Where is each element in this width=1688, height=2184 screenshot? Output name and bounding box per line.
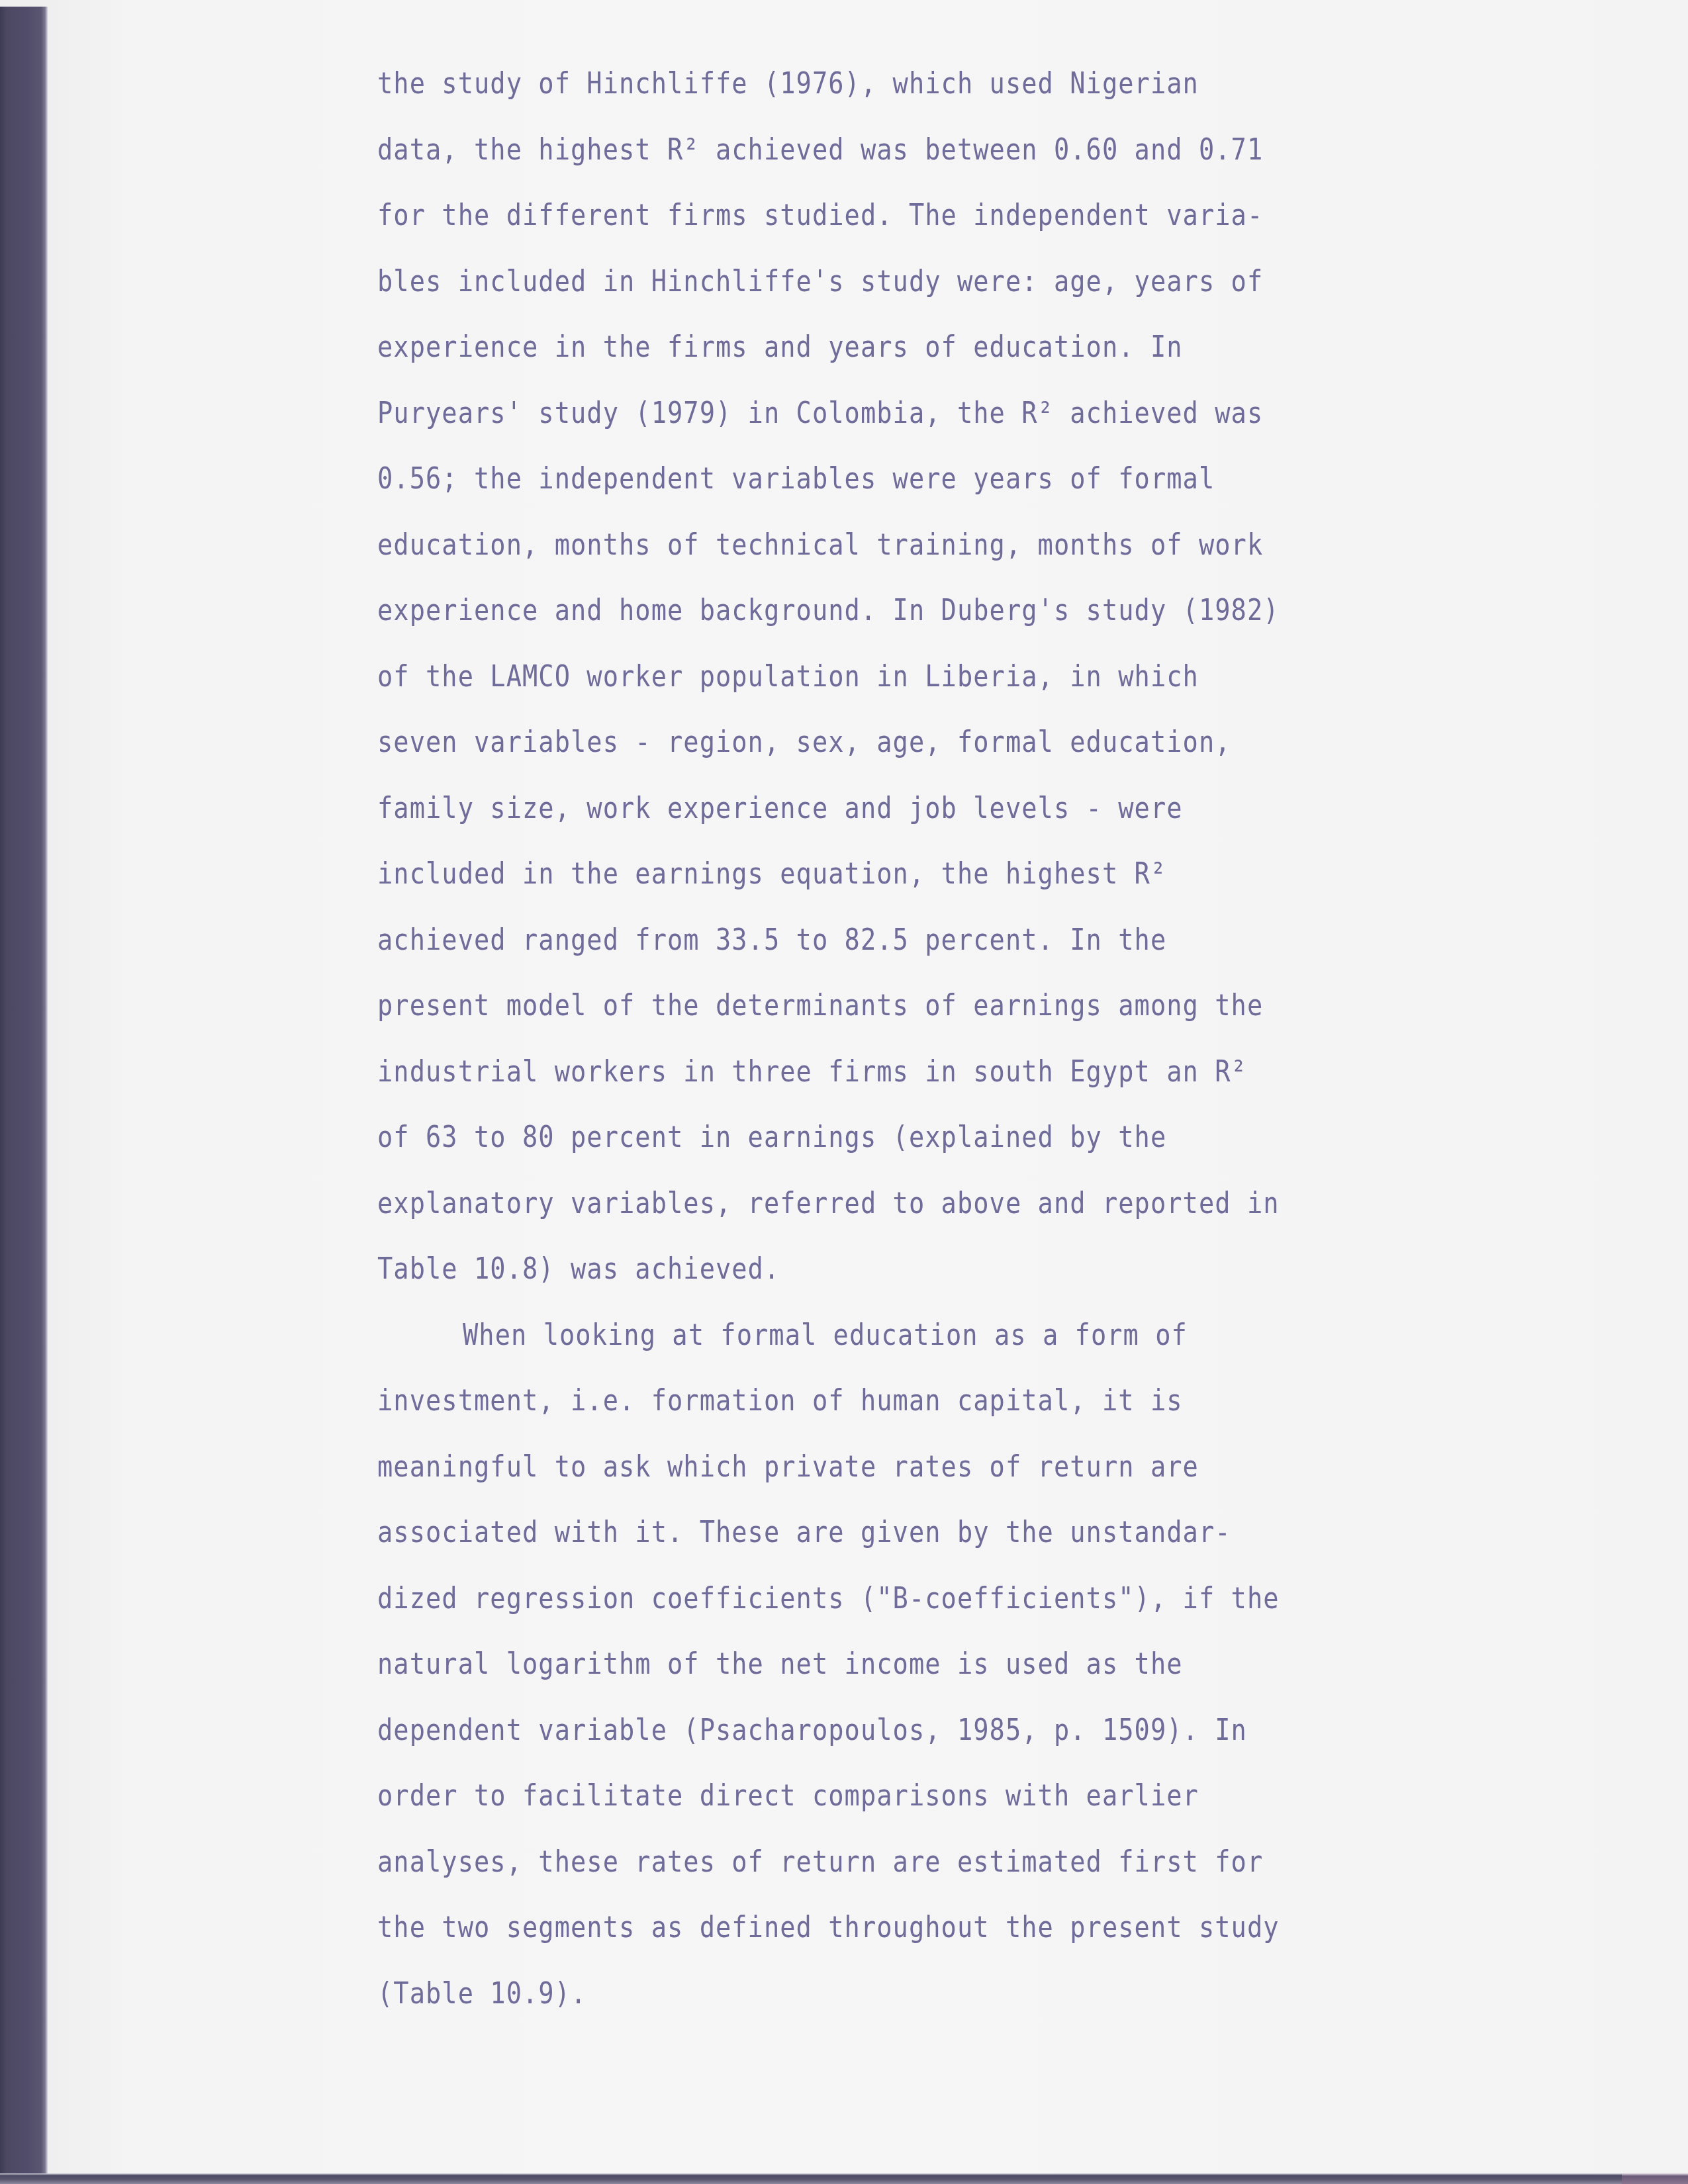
text-line: 0.56; the independent variables were yea… bbox=[377, 445, 1345, 512]
binding-edge bbox=[0, 5, 48, 2177]
text-line: achieved ranged from 33.5 to 82.5 percen… bbox=[377, 907, 1345, 973]
text-line: industrial workers in three firms in sou… bbox=[377, 1038, 1345, 1105]
text-line: analyses, these rates of return are esti… bbox=[377, 1829, 1345, 1895]
text-line: Table 10.8) was achieved. bbox=[377, 1236, 1345, 1302]
text-line: of 63 to 80 percent in earnings (explain… bbox=[377, 1104, 1345, 1170]
text-line: dependent variable (Psacharopoulos, 1985… bbox=[377, 1697, 1345, 1763]
text-line: family size, work experience and job lev… bbox=[377, 775, 1345, 841]
text-line: Puryears' study (1979) in Colombia, the … bbox=[377, 380, 1345, 446]
paragraph-1: the study of Hinchliffe (1976), which us… bbox=[377, 50, 1503, 1302]
text-line: experience and home background. In Duber… bbox=[377, 577, 1345, 643]
text-line: meaningful to ask which private rates of… bbox=[377, 1433, 1345, 1500]
paragraph-2: When looking at formal education as a fo… bbox=[377, 1302, 1503, 2026]
text-line: When looking at formal education as a fo… bbox=[377, 1302, 1345, 1368]
text-line: investment, i.e. formation of human capi… bbox=[377, 1367, 1345, 1433]
text-line: data, the highest R² achieved was betwee… bbox=[377, 116, 1345, 183]
text-line: order to facilitate direct comparisons w… bbox=[377, 1762, 1345, 1829]
body-text: the study of Hinchliffe (1976), which us… bbox=[377, 50, 1503, 2026]
text-line: the study of Hinchliffe (1976), which us… bbox=[377, 50, 1345, 116]
text-line: included in the earnings equation, the h… bbox=[377, 841, 1345, 907]
text-line: dized regression coefficients ("B-coeffi… bbox=[377, 1565, 1345, 1631]
bottom-page-edge-corner bbox=[1622, 2173, 1688, 2184]
text-line: education, months of technical training,… bbox=[377, 512, 1345, 578]
text-line: associated with it. These are given by t… bbox=[377, 1499, 1345, 1565]
text-line: (Table 10.9). bbox=[377, 1960, 1345, 2026]
text-line: present model of the determinants of ear… bbox=[377, 972, 1345, 1038]
text-line: natural logarithm of the net income is u… bbox=[377, 1631, 1345, 1697]
bottom-page-edge bbox=[0, 2173, 1688, 2184]
text-line: bles included in Hinchliffe's study were… bbox=[377, 248, 1345, 314]
text-line: explanatory variables, referred to above… bbox=[377, 1170, 1345, 1236]
text-line: the two segments as defined throughout t… bbox=[377, 1894, 1345, 1960]
text-line: seven variables - region, sex, age, form… bbox=[377, 709, 1345, 775]
text-line: for the different firms studied. The ind… bbox=[377, 182, 1345, 248]
text-line: experience in the firms and years of edu… bbox=[377, 314, 1345, 380]
text-line: of the LAMCO worker population in Liberi… bbox=[377, 643, 1345, 709]
binding-edge-top-gap bbox=[0, 0, 53, 7]
scanned-page: the study of Hinchliffe (1976), which us… bbox=[0, 0, 1688, 2184]
